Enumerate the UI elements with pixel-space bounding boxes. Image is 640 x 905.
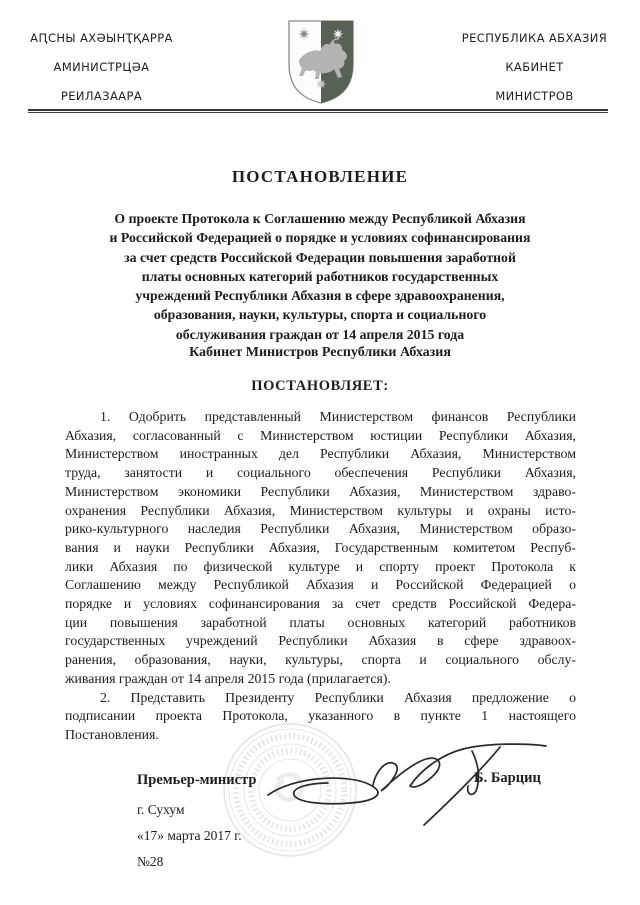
decree-document-page: АԤСНЫ АХӘЫНҬҚАРРААМИНИСТРЦӘАРЕИЛАЗААРА <box>0 0 640 905</box>
text-line: рико-культурного наследия Республики Абх… <box>65 520 576 539</box>
document-subject: О проекте Протокола к Соглашению между Р… <box>50 209 590 344</box>
text-line: 1. Одобрить представленный Министерством… <box>65 408 576 427</box>
signer-name: Б. Барциц <box>474 770 541 787</box>
body-paragraph-1: 1. Одобрить представленный Министерством… <box>65 408 576 689</box>
text-line: порядке и условиях софинансирования за с… <box>65 595 576 614</box>
text-line: лики Абхазия по физической культуре и сп… <box>65 558 576 577</box>
text-line: труда, занятости и социального обеспечен… <box>65 464 576 483</box>
text-line: образования, науки, культуры, спорта и с… <box>50 305 590 324</box>
text-line: учреждений Республики Абхазия в сфере зд… <box>50 286 590 305</box>
text-line: Министерством экономики Республики Абхаз… <box>65 483 576 502</box>
text-line: КАБИНЕТ <box>442 53 627 82</box>
text-line: вания и науки Республики Абхазия, Госуда… <box>65 539 576 558</box>
text-line: обслуживания граждан от 14 апреля 2015 г… <box>50 325 590 344</box>
signer-post: Премьер-министр <box>137 772 256 789</box>
text-line: живания граждан от 14 апреля 2015 года (… <box>65 670 576 689</box>
text-line: государственных учреждений Республики Аб… <box>65 632 576 651</box>
header-separator-rule <box>28 109 608 113</box>
text-line: РЕИЛАЗААРА <box>14 82 189 111</box>
text-line: Абхазия, согласованный с Министерством ю… <box>65 427 576 446</box>
text-line: Соглашению между Республикой Абхазия и Р… <box>65 576 576 595</box>
text-line: платы основных категорий работников госу… <box>50 267 590 286</box>
coat-of-arms-icon <box>286 18 356 106</box>
footer-date: «17» марта 2017 г. <box>137 828 242 844</box>
text-line: за счет средств Российской Федерации пов… <box>50 248 590 267</box>
text-line: ранения, образования, науки, культуры, с… <box>65 651 576 670</box>
text-line: МИНИСТРОВ <box>442 82 627 111</box>
text-line: АԤСНЫ АХӘЫНҬҚАРРА <box>14 24 189 53</box>
text-line: охранения Республики Абхазия, Министерст… <box>65 502 576 521</box>
text-line: Министерством иностранных дел Республики… <box>65 445 576 464</box>
text-line: ции повышения заработной платы основных … <box>65 614 576 633</box>
signature-scrawl-icon <box>248 733 553 843</box>
text-line: О проекте Протокола к Соглашению между Р… <box>50 209 590 228</box>
text-line: РЕСПУБЛИКА АБХАЗИЯ <box>442 24 627 53</box>
footer-number: №28 <box>137 854 163 870</box>
text-line: и Российской Федерацией о порядке и усло… <box>50 228 590 247</box>
resolution-word: ПОСТАНОВЛЯЕТ: <box>0 378 640 395</box>
document-type-title: ПОСТАНОВЛЕНИЕ <box>0 167 640 187</box>
issuer-line: Кабинет Министров Республики Абхазия <box>0 345 640 361</box>
document-body: 1. Одобрить представленный Министерством… <box>65 408 576 745</box>
text-line: АМИНИСТРЦӘА <box>14 53 189 82</box>
footer-city: г. Сухум <box>137 802 185 818</box>
header-abkhaz-title: АԤСНЫ АХӘЫНҬҚАРРААМИНИСТРЦӘАРЕИЛАЗААРА <box>14 24 189 111</box>
header-russian-title: РЕСПУБЛИКА АБХАЗИЯКАБИНЕТМИНИСТРОВ <box>442 24 627 111</box>
text-line: 2. Представить Президенту Республики Абх… <box>65 689 576 708</box>
